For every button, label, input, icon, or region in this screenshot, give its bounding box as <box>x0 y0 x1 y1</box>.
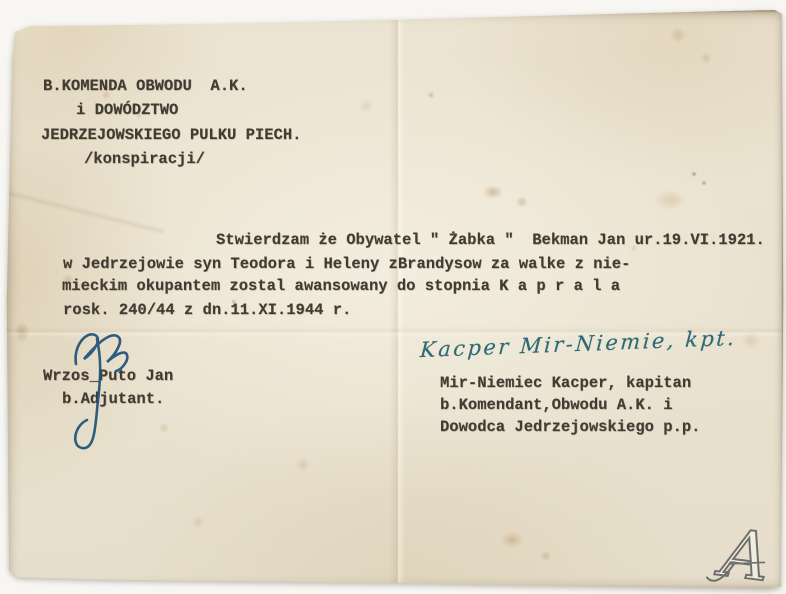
certificate-line-3: mieckim okupantem zostal awansowany do s… <box>62 279 620 295</box>
letterhead-line-4: /konspiracji/ <box>84 152 205 168</box>
right-signer-title-1: b.Komendant,Obwodu A.K. i <box>440 398 673 414</box>
letterhead-line-3: JEDRZEJOWSKIEGO PULKU PIECH. <box>41 128 301 144</box>
vertical-fold-crease <box>389 10 405 590</box>
paper-stains <box>6 10 784 590</box>
corner-watermark: A <box>706 514 786 594</box>
letterhead-line-1: B.KOMENDA OBWODU A.K. <box>43 79 248 95</box>
right-signer-name: Mir-Niemiec Kacper, kapitan <box>440 376 691 392</box>
certificate-line-1: Stwierdzam że Obywatel " Żabka " Bekman … <box>216 233 765 249</box>
handwritten-signature-flourish <box>62 326 152 466</box>
watermark-letter: A <box>711 514 774 594</box>
right-handwritten-signature: Kacper Mir-Niemie, kpt. <box>419 326 737 362</box>
document-paper: B.KOMENDA OBWODU A.K. i DOWÓDZTWO JEDRZE… <box>6 10 784 590</box>
letterhead-line-2: i DOWÓDZTWO <box>76 103 178 119</box>
certificate-line-4: rosk. 240/44 z dn.11.XI.1944 r. <box>63 303 351 319</box>
paper-wrap: B.KOMENDA OBWODU A.K. i DOWÓDZTWO JEDRZE… <box>0 0 786 594</box>
right-signer-title-2: Dowodca Jedrzejowskiego p.p. <box>440 420 700 436</box>
paper-edge-shading <box>6 10 784 590</box>
scanned-document-image: { "doc": { "header": { "line1": "B.KOMEN… <box>0 0 786 594</box>
certificate-line-2: w Jedrzejowie syn Teodora i Heleny zBran… <box>63 257 630 273</box>
corner-crease <box>0 184 164 235</box>
